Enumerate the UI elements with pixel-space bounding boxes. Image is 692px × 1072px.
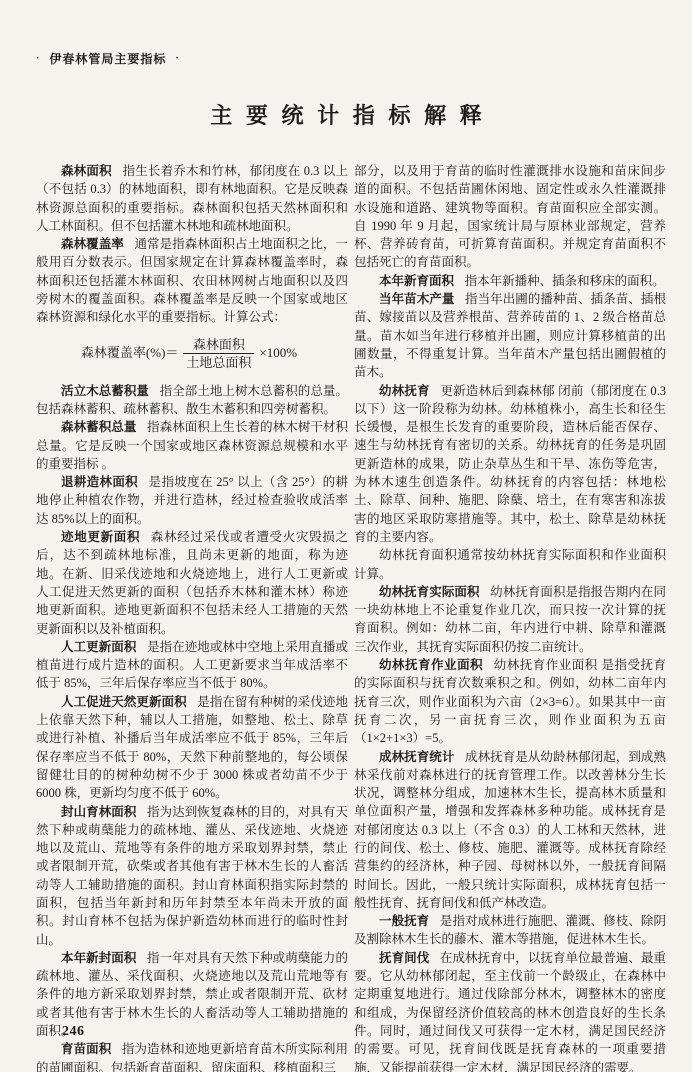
term-label: 本年新封面积	[61, 951, 136, 965]
term-label: 人工促进天然更新面积	[61, 695, 187, 709]
definition-paragraph: 抚育间伐在成林抚育中，以抚育单位最普遍、最重要。它从幼林郁闭起，至主伐前一个龄级…	[354, 949, 666, 1072]
term-label: 退耕造林面积	[61, 475, 138, 489]
definition-paragraph: 森林蓄积总量指森林面积上生长着的林木树干材积总量。它是反映一个国家或地区森林资源…	[36, 418, 348, 473]
term-label: 森林面积	[61, 164, 112, 178]
definition-paragraph: 封山育林面积指为达到恢复森林的目的，对具有天然下种或萌蘖能力的疏林地、灌丛、采伐…	[36, 803, 348, 949]
fraction: 森林面积土地总面积	[183, 336, 254, 371]
term-label: 育苗面积	[61, 1042, 111, 1056]
definition-paragraph: 部分，以及用于育苗的临时性灌溉排水设施和苗床间步道的面积。不包括苗圃休闲地、固定…	[354, 162, 666, 272]
definition-paragraph: 幼林抚育面积通常按幼林抚育实际面积和作业面积计算。	[354, 546, 666, 583]
definition-paragraph: 当年苗木产量指当年出圃的播种苗、插条苗、插根苗、嫁接苗以及营养根苗、营养砖苗的 …	[354, 290, 666, 381]
page-title: 主要统计指标解释	[0, 99, 692, 130]
running-head: · 伊春林管局主要指标 ·	[36, 50, 180, 67]
definition-paragraph: 人工更新面积是指在迹地或林中空地上采用直播或植苗进行成片造林的面积。人工更新要求…	[36, 638, 348, 693]
definition-paragraph: 幼林抚育作业面积幼林抚育作业面积 是指受抚育的实际面积与抚育次数乘积之和。例如，…	[354, 656, 666, 747]
definition-paragraph: 幼林抚育更新造林后到森林郁 闭前（郁闭度在 0.3 以下）这一阶段称为幼林。幼林…	[354, 382, 666, 547]
definition-paragraph: 幼林抚育实际面积幼林抚育面积是指报告期内在同一块幼林地上不论重复作业几次，而只按…	[354, 583, 666, 656]
formula-rhs: ×100%	[259, 344, 297, 362]
term-label: 封山育林面积	[61, 805, 136, 819]
fraction-numerator: 森林面积	[190, 336, 248, 353]
term-label: 当年苗木产量	[379, 292, 454, 306]
term-label: 幼林抚育作业面积	[379, 658, 483, 672]
formula-lhs: 森林覆盖率(%)＝	[81, 344, 179, 362]
term-label: 抚育间伐	[379, 951, 429, 965]
definition-paragraph: 本年新育面积指本年新播种、插条和移床的面积。	[354, 272, 666, 290]
term-label: 幼林抚育实际面积	[379, 585, 480, 599]
left-column: 森林面积指生长着乔木和竹林，郁闭度在 0.3 以上（不包括 0.3）的林地面积，…	[36, 162, 348, 1072]
definition-paragraph: 活立木总蓄积量指全部土地上树木总蓄积的总量。包括森林蓄积、疏林蓄积、散生木蓄积和…	[36, 382, 348, 419]
forest-coverage-formula: 森林覆盖率(%)＝森林面积土地总面积×100%	[36, 336, 342, 371]
definition-paragraph: 人工促进天然更新面积是指在留有种树的采伐迹地上依靠天然下种，辅以人工措施，如整地…	[36, 693, 348, 803]
running-head-text: 伊春林管局主要指标	[49, 50, 166, 67]
fraction-denominator: 土地总面积	[183, 353, 254, 371]
definition-paragraph: 迹地更新面积森林经过采伐或者遭受火灾毁损之后，达不到疏林地标准，且尚未更新的地面…	[36, 528, 348, 638]
term-label: 森林覆盖率	[61, 237, 124, 251]
scanned-document-page: · 伊春林管局主要指标 · 主要统计指标解释 森林面积指生长着乔木和竹林，郁闭度…	[0, 0, 692, 1072]
definition-paragraph: 育苗面积指为造林和迹地更新培育苗木所实际利用的苗圃面积。包括新育苗面积、留床面积…	[36, 1040, 348, 1072]
term-label: 本年新育面积	[379, 274, 454, 288]
definition-paragraph: 森林覆盖率通常是指森林面积占土地面积之比，一般用百分数表示。但国家规定在计算森林…	[36, 235, 348, 326]
term-label: 人工更新面积	[61, 640, 136, 654]
term-label: 成林抚育统计	[379, 750, 454, 764]
right-column: 部分，以及用于育苗的临时性灌溉排水设施和苗床间步道的面积。不包括苗圃休闲地、固定…	[354, 162, 666, 1072]
bullet-icon: ·	[175, 53, 179, 64]
definition-paragraph: 退耕造林面积是指坡度在 25° 以上（含 25°）的耕地停止种植农作物，并进行造…	[36, 473, 348, 528]
term-label: 活立木总蓄积量	[61, 384, 149, 398]
page-number: 246	[62, 1024, 85, 1040]
term-label: 一般抚育	[379, 914, 429, 928]
term-label: 森林蓄积总量	[61, 420, 136, 434]
term-label: 幼林抚育	[379, 384, 430, 398]
definition-paragraph: 森林面积指生长着乔木和竹林，郁闭度在 0.3 以上（不包括 0.3）的林地面积，…	[36, 162, 348, 235]
term-label: 迹地更新面积	[61, 530, 140, 544]
definition-paragraph: 一般抚育是指对成林进行施肥、灌溉、修枝、除阴及割除林木生长的藤木、灌木等措施，促…	[354, 912, 666, 949]
bullet-icon: ·	[36, 53, 40, 64]
definition-paragraph: 成林抚育统计成林抚育是从幼龄林郁闭起，到成熟林采伐前对森林进行的抚育管理工作。以…	[354, 748, 666, 913]
